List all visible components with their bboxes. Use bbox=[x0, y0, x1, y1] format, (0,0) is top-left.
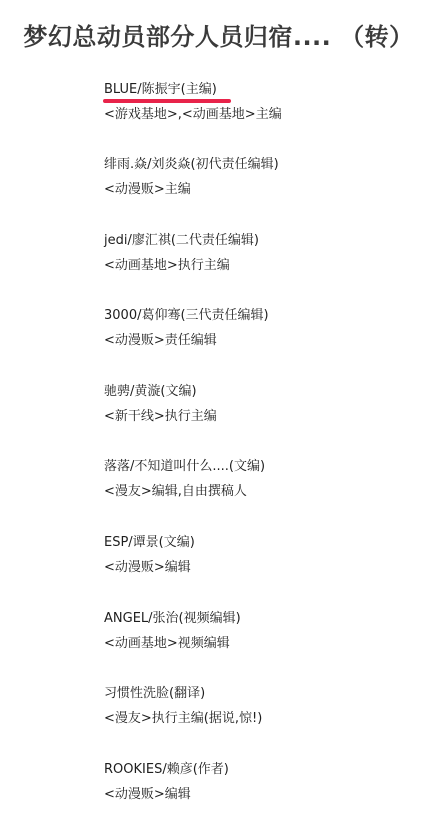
staff-entry: ROOKIES/赖彦(作者) <动漫贩>编辑 bbox=[104, 759, 424, 831]
staff-role: <游戏基地>,<动画基地>主编 bbox=[104, 104, 282, 126]
staff-name: 落落/不知道叫什么....(文编) bbox=[104, 456, 265, 478]
staff-role: <动画基地>执行主编 bbox=[104, 255, 230, 277]
staff-entry: ESP/谭景(文编) <动漫贩>编辑 bbox=[104, 532, 424, 608]
staff-role: <漫友>执行主编(据说,惊!) bbox=[104, 708, 262, 730]
staff-name: ROOKIES/赖彦(作者) bbox=[104, 759, 229, 781]
staff-entry: BLUE/陈振宇(主编) <游戏基地>,<动画基地>主编 bbox=[104, 79, 424, 154]
staff-name: 3000/葛仰骞(三代责任编辑) bbox=[104, 305, 269, 327]
staff-entry: 绯雨.焱/刘炎焱(初代责任编辑) <动漫贩>主编 bbox=[104, 154, 424, 230]
staff-name: 驰骋/黄漩(文编) bbox=[104, 381, 197, 403]
staff-role: <动漫贩>编辑 bbox=[104, 557, 191, 579]
page-title: 梦幻总动员部分人员归宿.... （转） bbox=[0, 20, 437, 54]
staff-role: <动画基地>视频编辑 bbox=[104, 633, 230, 655]
staff-role: <动漫贩>主编 bbox=[104, 179, 191, 201]
staff-role: <新干线>执行主编 bbox=[104, 406, 217, 428]
staff-name: 绯雨.焱/刘炎焱(初代责任编辑) bbox=[104, 154, 279, 176]
red-underline-annotation bbox=[103, 99, 231, 103]
staff-entry: ANGEL/张治(视频编辑) <动画基地>视频编辑 bbox=[104, 608, 424, 683]
staff-role: <动漫贩>编辑 bbox=[104, 784, 191, 806]
staff-name: 习惯性洗脸(翻译) bbox=[104, 683, 205, 705]
staff-name: jedi/廖汇祺(二代责任编辑) bbox=[104, 230, 259, 252]
staff-list: BLUE/陈振宇(主编) <游戏基地>,<动画基地>主编 绯雨.焱/刘炎焱(初代… bbox=[104, 79, 424, 831]
staff-entry: 落落/不知道叫什么....(文编) <漫友>编辑,自由撰稿人 bbox=[104, 456, 424, 532]
staff-entry: 驰骋/黄漩(文编) <新干线>执行主编 bbox=[104, 381, 424, 456]
staff-name: ESP/谭景(文编) bbox=[104, 532, 195, 554]
staff-entry: 3000/葛仰骞(三代责任编辑) <动漫贩>责任编辑 bbox=[104, 305, 424, 381]
staff-name: ANGEL/张治(视频编辑) bbox=[104, 608, 241, 630]
staff-role: <动漫贩>责任编辑 bbox=[104, 330, 217, 352]
staff-entry: jedi/廖汇祺(二代责任编辑) <动画基地>执行主编 bbox=[104, 230, 424, 305]
staff-role: <漫友>编辑,自由撰稿人 bbox=[104, 481, 247, 503]
staff-entry: 习惯性洗脸(翻译) <漫友>执行主编(据说,惊!) bbox=[104, 683, 424, 759]
staff-name: BLUE/陈振宇(主编) bbox=[104, 79, 217, 101]
